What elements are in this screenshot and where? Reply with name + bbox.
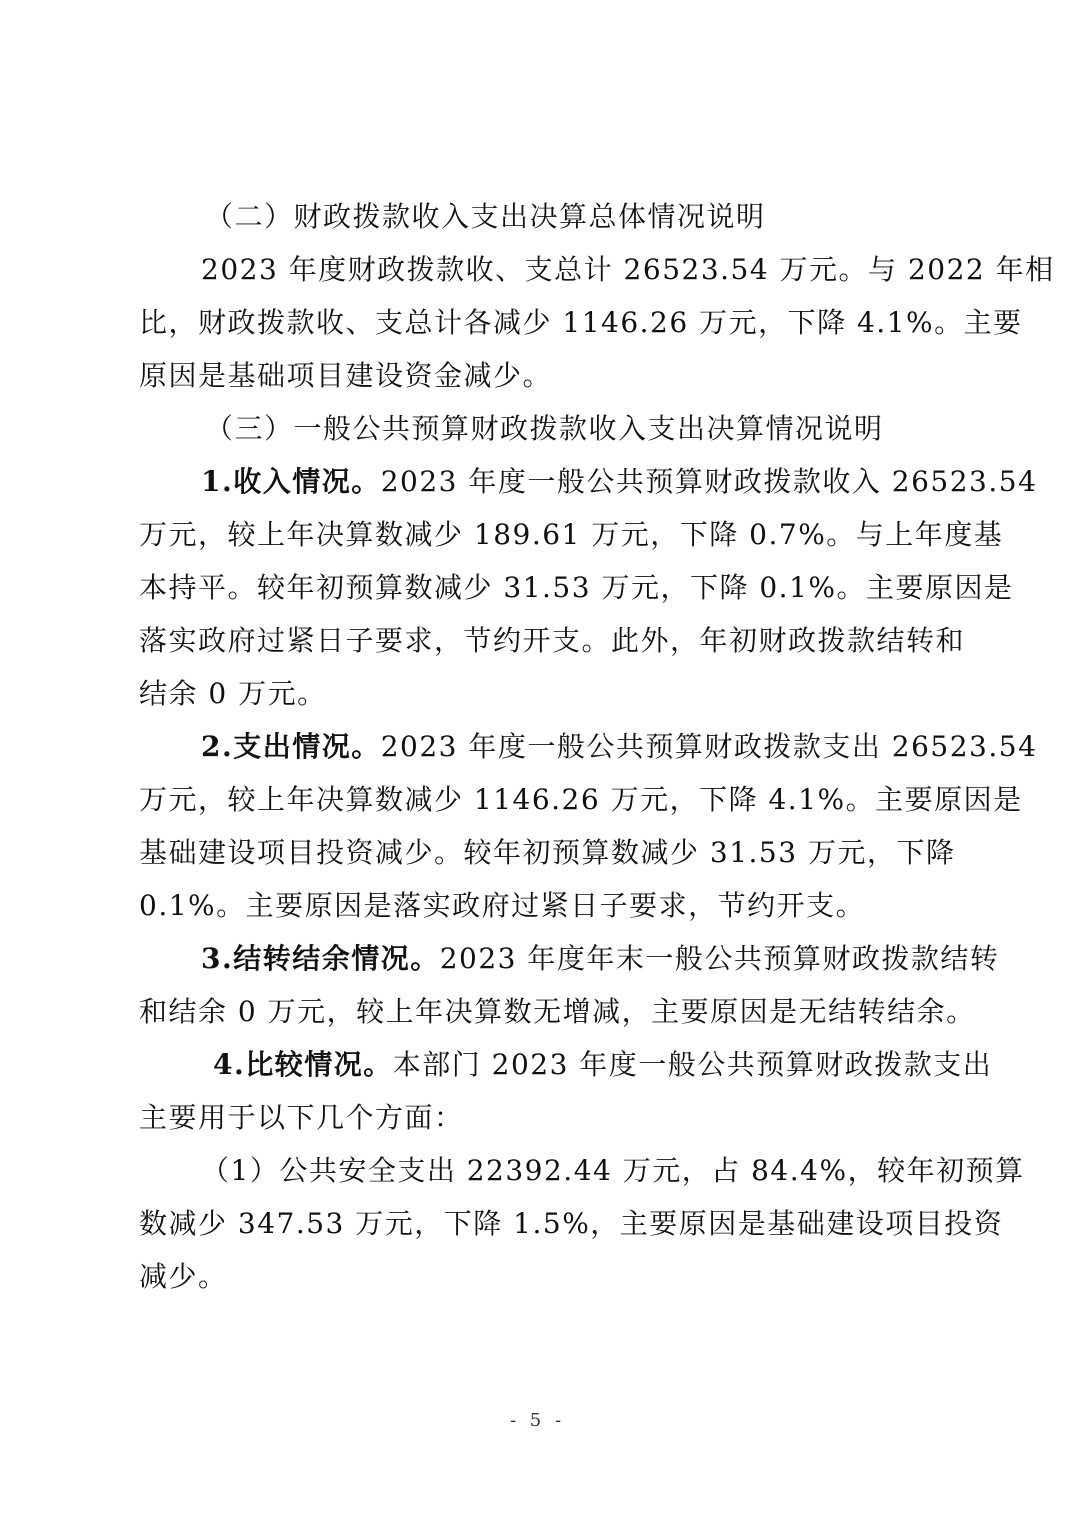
paragraph-line: 落实政府过紧日子要求，节约开支。此外，年初财政拨款结转和: [139, 614, 939, 667]
paragraph-line: 和结余 0 万元，较上年决算数无增减，主要原因是无结转结余。: [139, 985, 939, 1038]
item-text: 2023 年度年末一般公共预算财政拨款结转: [440, 942, 1000, 975]
paragraph-line: 0.1%。主要原因是落实政府过紧日子要求，节约开支。: [139, 879, 939, 932]
paragraph-line: 原因是基础项目建设资金减少。: [139, 349, 939, 402]
item-expenditure-first-line: 2.支出情况。2023 年度一般公共预算财政拨款支出 26523.54: [139, 720, 939, 773]
paragraph-line: 万元，较上年决算数减少 189.61 万元，下降 0.7%。与上年度基: [139, 508, 939, 561]
section-heading-2: （二）财政拨款收入支出决算总体情况说明: [139, 190, 939, 243]
document-page: （二）财政拨款收入支出决算总体情况说明 2023 年度财政拨款收、支总计 265…: [139, 190, 939, 1303]
item-text: 2023 年度一般公共预算财政拨款支出 26523.54: [381, 730, 1038, 763]
paragraph-line: 2023 年度财政拨款收、支总计 26523.54 万元。与 2022 年相: [139, 243, 939, 296]
item-label-carryover: 3.结转结余情况。: [201, 942, 440, 975]
paragraph-line: 主要用于以下几个方面：: [139, 1091, 939, 1144]
paragraph-line: 万元，较上年决算数减少 1146.26 万元，下降 4.1%。主要原因是: [139, 773, 939, 826]
paragraph-line: 减少。: [139, 1250, 939, 1303]
item-text: 本部门 2023 年度一般公共预算财政拨款支出: [393, 1048, 993, 1081]
item-label-income: 1.收入情况。: [201, 465, 381, 498]
item-carryover-first-line: 3.结转结余情况。2023 年度年末一般公共预算财政拨款结转: [139, 932, 939, 985]
item-label-expenditure: 2.支出情况。: [201, 730, 381, 763]
item-text: 2023 年度一般公共预算财政拨款收入 26523.54: [381, 465, 1038, 498]
page-number: - 5 -: [0, 1410, 1075, 1431]
item-income-first-line: 1.收入情况。2023 年度一般公共预算财政拨款收入 26523.54: [139, 455, 939, 508]
paragraph-line: 数减少 347.53 万元，下降 1.5%，主要原因是基础建设项目投资: [139, 1197, 939, 1250]
section-heading-3: （三）一般公共预算财政拨款收入支出决算情况说明: [139, 402, 939, 455]
paragraph-line: 基础建设项目投资减少。较年初预算数减少 31.53 万元，下降: [139, 826, 939, 879]
item-comparison-first-line: 4.比较情况。本部门 2023 年度一般公共预算财政拨款支出: [139, 1038, 939, 1091]
paragraph-line: 结余 0 万元。: [139, 667, 939, 720]
item-label-comparison: 4.比较情况。: [213, 1048, 393, 1081]
subitem-public-security-first-line: （1）公共安全支出 22392.44 万元，占 84.4%，较年初预算: [139, 1144, 939, 1197]
paragraph-line: 比，财政拨款收、支总计各减少 1146.26 万元，下降 4.1%。主要: [139, 296, 939, 349]
paragraph-line: 本持平。较年初预算数减少 31.53 万元，下降 0.1%。主要原因是: [139, 561, 939, 614]
